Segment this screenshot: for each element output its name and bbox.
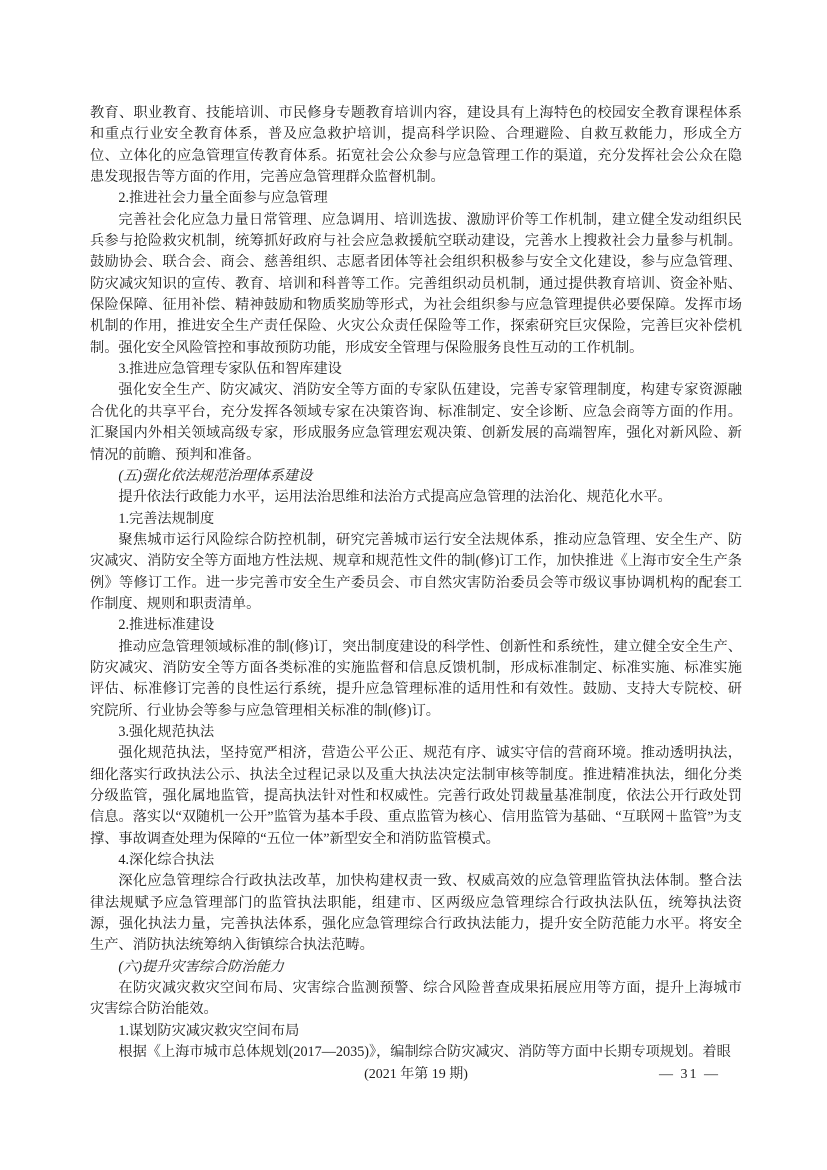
document-body: 教育、职业教育、技能培训、市民修身专题教育培训内容，建设具有上海特色的校园安全教… xyxy=(90,103,742,1061)
numbered-heading: 3.强化规范执法 xyxy=(90,722,742,743)
body-paragraph: 聚焦城市运行风险综合防控机制，研究完善城市运行安全法规体系，推动应急管理、安全生… xyxy=(90,530,742,615)
numbered-heading: 3.推进应急管理专家队伍和智库建设 xyxy=(90,359,742,380)
body-paragraph: 推动应急管理领域标准的制(修)订，突出制度建设的科学性、创新性和系统性，建立健全… xyxy=(90,637,742,722)
kai-heading: (五)强化依法规范治理体系建设 xyxy=(90,466,742,487)
body-paragraph: 教育、职业教育、技能培训、市民修身专题教育培训内容，建设具有上海特色的校园安全教… xyxy=(90,103,742,188)
numbered-heading: 4.深化综合执法 xyxy=(90,850,742,871)
footer-issue-label: (2021 年第 19 期) xyxy=(90,1064,742,1086)
body-paragraph: 强化规范执法，坚持宽严相济，营造公平公正、规范有序、诚实守信的营商环境。推动透明… xyxy=(90,743,742,850)
numbered-heading: 1.完善法规制度 xyxy=(90,509,742,530)
body-paragraph: 提升依法行政能力水平，运用法治思维和法治方式提高应急管理的法治化、规范化水平。 xyxy=(90,487,742,508)
numbered-heading: 2.推进社会力量全面参与应急管理 xyxy=(90,188,742,209)
page-footer: (2021 年第 19 期) — 31 — xyxy=(90,1064,742,1086)
document-page: 教育、职业教育、技能培训、市民修身专题教育培训内容，建设具有上海特色的校园安全教… xyxy=(0,0,827,1170)
numbered-heading: 1.谋划防灾减灾救灾空间布局 xyxy=(90,1021,742,1042)
body-paragraph: 深化应急管理综合行政执法改革，加快构建权责一致、权威高效的应急管理监管执法体制。… xyxy=(90,871,742,956)
kai-heading: (六)提升灾害综合防治能力 xyxy=(90,957,742,978)
body-paragraph: 强化安全生产、防灾减灾、消防安全等方面的专家队伍建设，完善专家管理制度，构建专家… xyxy=(90,380,742,465)
body-paragraph: 完善社会化应急力量日常管理、应急调用、培训选拔、激励评价等工作机制，建立健全发动… xyxy=(90,210,742,359)
body-paragraph: 根据《上海市城市总体规划(2017—2035)》，编制综合防灾减灾、消防等方面中… xyxy=(90,1042,742,1061)
footer-page-number: — 31 — xyxy=(659,1064,720,1086)
body-paragraph: 在防灾减灾救灾空间布局、灾害综合监测预警、综合风险普查成果拓展应用等方面，提升上… xyxy=(90,978,742,1021)
numbered-heading: 2.推进标准建设 xyxy=(90,615,742,636)
